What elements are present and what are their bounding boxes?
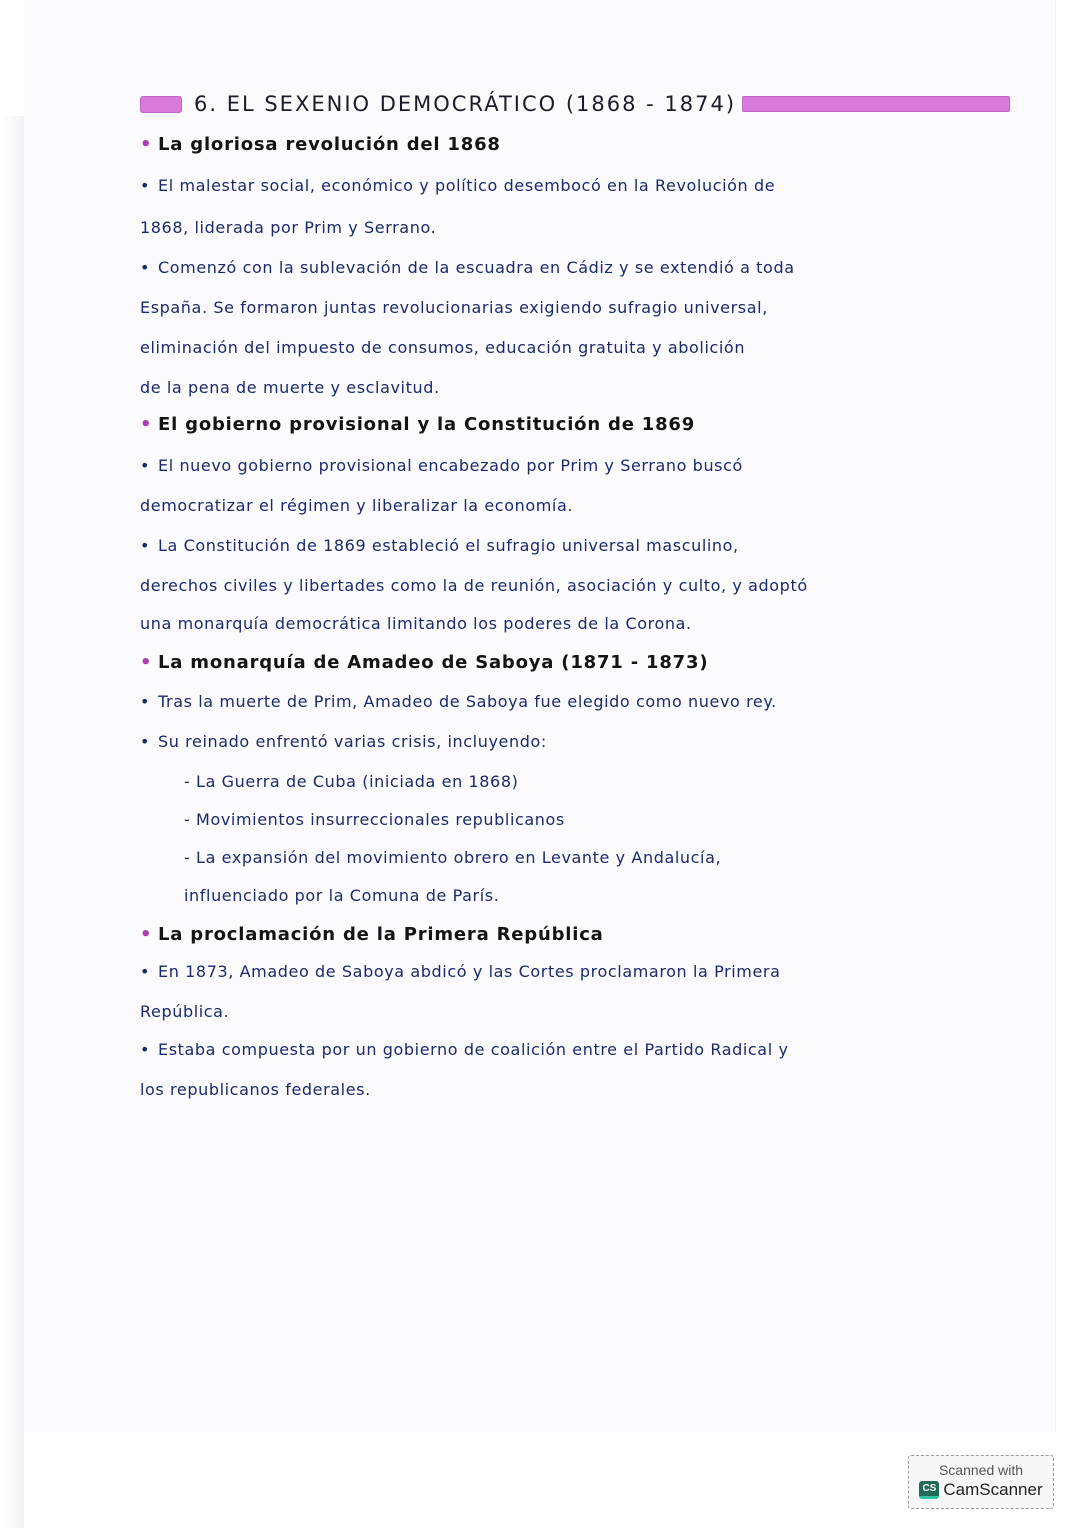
bullet-icon: • <box>140 258 158 277</box>
text-line: 1868, liderada por Prim y Serrano. <box>140 218 436 237</box>
text-line: •Comenzó con la sublevación de la escuad… <box>140 258 795 277</box>
sub-item: - Movimientos insurreccionales republica… <box>140 810 565 829</box>
watermark-brand: CamScanner <box>943 1480 1042 1500</box>
camscanner-logo-icon: CS <box>919 1481 939 1499</box>
bullet-icon: • <box>140 134 158 155</box>
text-line: República. <box>140 1002 229 1021</box>
scan-edge <box>0 0 24 1528</box>
text-line: •En 1873, Amadeo de Saboya abdicó y las … <box>140 962 781 981</box>
section-heading: •La gloriosa revolución del 1868 <box>140 134 501 155</box>
highlighter-mark <box>140 96 182 113</box>
bullet-icon: • <box>140 962 158 981</box>
text-line: •Su reinado enfrentó varias crisis, incl… <box>140 732 547 751</box>
scanned-page <box>24 0 1056 1432</box>
bullet-icon: • <box>140 1040 158 1059</box>
text-line: de la pena de muerte y esclavitud. <box>140 378 440 397</box>
title-row: 6. EL SEXENIO DEMOCRÁTICO (1868 - 1874) <box>140 84 1020 124</box>
section-heading: •La monarquía de Amadeo de Saboya (1871 … <box>140 652 708 673</box>
text-line: •Estaba compuesta por un gobierno de coa… <box>140 1040 789 1059</box>
bullet-icon: • <box>140 692 158 711</box>
sub-item: - La Guerra de Cuba (iniciada en 1868) <box>140 772 518 791</box>
text-line: España. Se formaron juntas revolucionari… <box>140 298 768 317</box>
text-line: •El nuevo gobierno provisional encabezad… <box>140 456 743 475</box>
sub-item-continued: influenciado por la Comuna de París. <box>140 886 499 905</box>
page-title: 6. EL SEXENIO DEMOCRÁTICO (1868 - 1874) <box>194 92 736 116</box>
bullet-icon: • <box>140 652 158 673</box>
text-line: una monarquía democrática limitando los … <box>140 614 692 633</box>
sub-item: - La expansión del movimiento obrero en … <box>140 848 721 867</box>
camscanner-watermark: Scanned with CS CamScanner <box>908 1455 1054 1509</box>
bullet-icon: • <box>140 924 158 945</box>
text-line: •Tras la muerte de Prim, Amadeo de Saboy… <box>140 692 777 711</box>
text-line: •La Constitución de 1869 estableció el s… <box>140 536 739 555</box>
text-line: los republicanos federales. <box>140 1080 371 1099</box>
highlighter-bar <box>742 96 1010 112</box>
bullet-icon: • <box>140 414 158 435</box>
text-line: •El malestar social, económico y polític… <box>140 176 775 195</box>
watermark-caption: Scanned with <box>909 1462 1053 1478</box>
text-line: democratizar el régimen y liberalizar la… <box>140 496 573 515</box>
bullet-icon: • <box>140 456 158 475</box>
bullet-icon: • <box>140 176 158 195</box>
text-line: eliminación del impuesto de consumos, ed… <box>140 338 745 357</box>
section-heading: •La proclamación de la Primera República <box>140 924 604 945</box>
text-line: derechos civiles y libertades como la de… <box>140 576 808 595</box>
section-heading: •El gobierno provisional y la Constituci… <box>140 414 695 435</box>
bullet-icon: • <box>140 536 158 555</box>
notes-content: 6. EL SEXENIO DEMOCRÁTICO (1868 - 1874) … <box>140 84 1020 124</box>
bullet-icon: • <box>140 732 158 751</box>
